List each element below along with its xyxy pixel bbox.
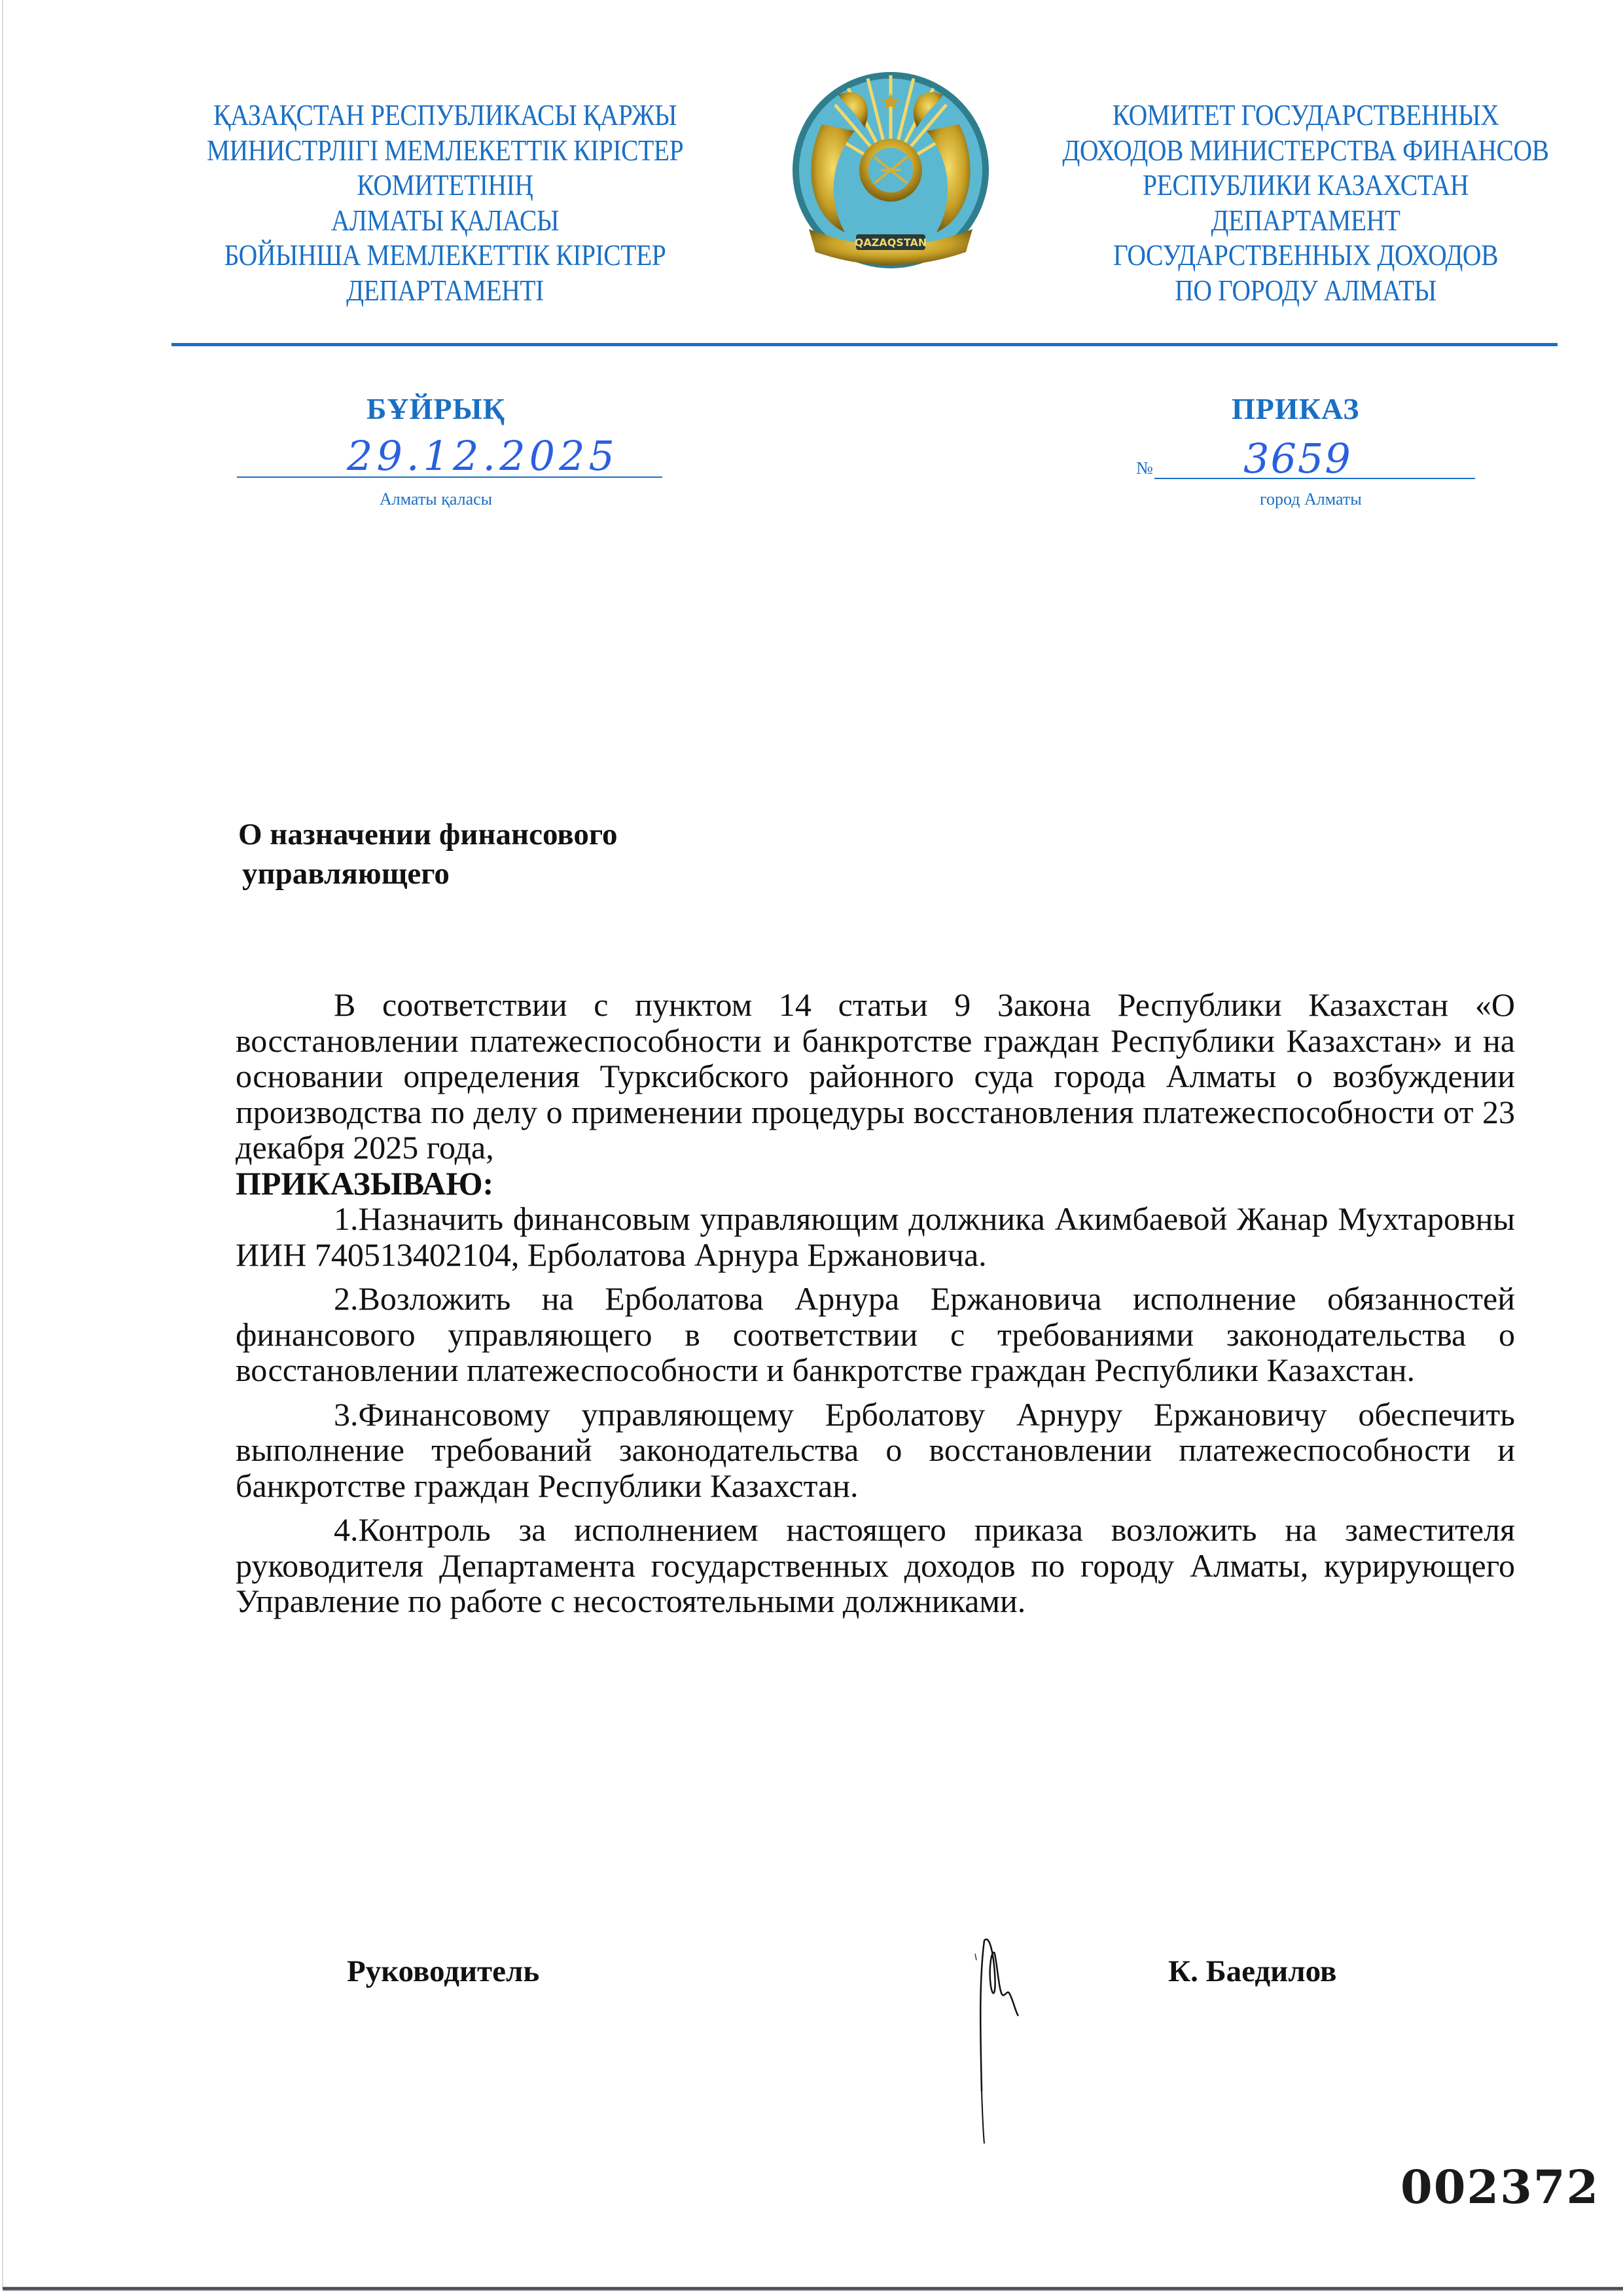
order-number: 3659 <box>1243 435 1352 482</box>
header-kazakh-org: ҚАЗАҚСТАН РЕСПУБЛИКАСЫ ҚАРЖЫ МИНИСТРЛІГІ… <box>192 98 698 308</box>
header-line: МИНИСТРЛІГІ МЕМЛЕКЕТТІК КІРІСТЕР <box>192 134 698 169</box>
header-line: КОМИТЕТ ГОСУДАРСТВЕННЫХ <box>1052 98 1559 134</box>
preamble-paragraph: В соответствии с пунктом 14 статьи 9 Зак… <box>236 987 1515 1166</box>
signatory-position: Руководитель <box>347 1954 539 1989</box>
svg-text:QAZAQSTAN: QAZAQSTAN <box>855 236 927 249</box>
order-word: ПРИКАЗЫВАЮ: <box>236 1166 1515 1202</box>
order-title-ru: ПРИКАЗ <box>1232 391 1359 426</box>
date-underline <box>237 476 662 478</box>
handwritten-signature-icon <box>955 1928 1060 2150</box>
subject-line: управляющего <box>238 854 618 893</box>
subject-line: О назначении финансового <box>238 815 618 854</box>
state-emblem-icon: QAZAQSTAN <box>783 65 999 281</box>
document-page: ҚАЗАҚСТАН РЕСПУБЛИКАСЫ ҚАРЖЫ МИНИСТРЛІГІ… <box>0 0 1623 2296</box>
signatory-name: К. Баедилов <box>1168 1954 1336 1989</box>
header-line: АЛМАТЫ ҚАЛАСЫ <box>192 204 698 239</box>
order-item: 4.Контроль за исполнением настоящего при… <box>236 1512 1515 1619</box>
city-label-ru: город Алматы <box>1260 490 1362 509</box>
scan-edge <box>2 0 3 2288</box>
header-line: РЕСПУБЛИКИ КАЗАХСТАН <box>1052 168 1559 204</box>
number-sign: № <box>1136 458 1153 478</box>
order-item: 2.Возложить на Ерболатова Арнура Ержанов… <box>236 1281 1515 1388</box>
order-date: 29.12.2025 <box>347 432 618 480</box>
header-line: БОЙЫНША МЕМЛЕКЕТТІК КІРІСТЕР <box>192 238 698 274</box>
header-line: ДОХОДОВ МИНИСТЕРСТВА ФИНАНСОВ <box>1052 134 1559 169</box>
order-item: 1.Назначить финансовым управляющим должн… <box>236 1201 1515 1272</box>
number-underline <box>1154 478 1475 479</box>
order-body: В соответствии с пунктом 14 статьи 9 Зак… <box>236 987 1515 1619</box>
header-divider <box>171 343 1558 346</box>
header-line: КОМИТЕТІНІҢ <box>192 168 698 204</box>
serial-number: 002372 <box>1400 2160 1599 2214</box>
order-subject: О назначении финансового управляющего <box>238 815 618 893</box>
order-title-kz: БҰЙРЫҚ <box>366 391 505 426</box>
header-line: ДЕПАРТАМЕНТ <box>1052 204 1559 239</box>
header-line: ПО ГОРОДУ АЛМАТЫ <box>1052 274 1559 309</box>
header-line: ГОСУДАРСТВЕННЫХ ДОХОДОВ <box>1052 238 1559 274</box>
city-label-kz: Алматы қаласы <box>380 490 492 509</box>
scan-edge <box>3 2287 1623 2291</box>
header-line: ҚАЗАҚСТАН РЕСПУБЛИКАСЫ ҚАРЖЫ <box>192 98 698 134</box>
header-line: ДЕПАРТАМЕНТІ <box>192 274 698 309</box>
header-russian-org: КОМИТЕТ ГОСУДАРСТВЕННЫХ ДОХОДОВ МИНИСТЕР… <box>1052 98 1559 308</box>
order-item: 3.Финансовому управляющему Ерболатову Ар… <box>236 1397 1515 1504</box>
